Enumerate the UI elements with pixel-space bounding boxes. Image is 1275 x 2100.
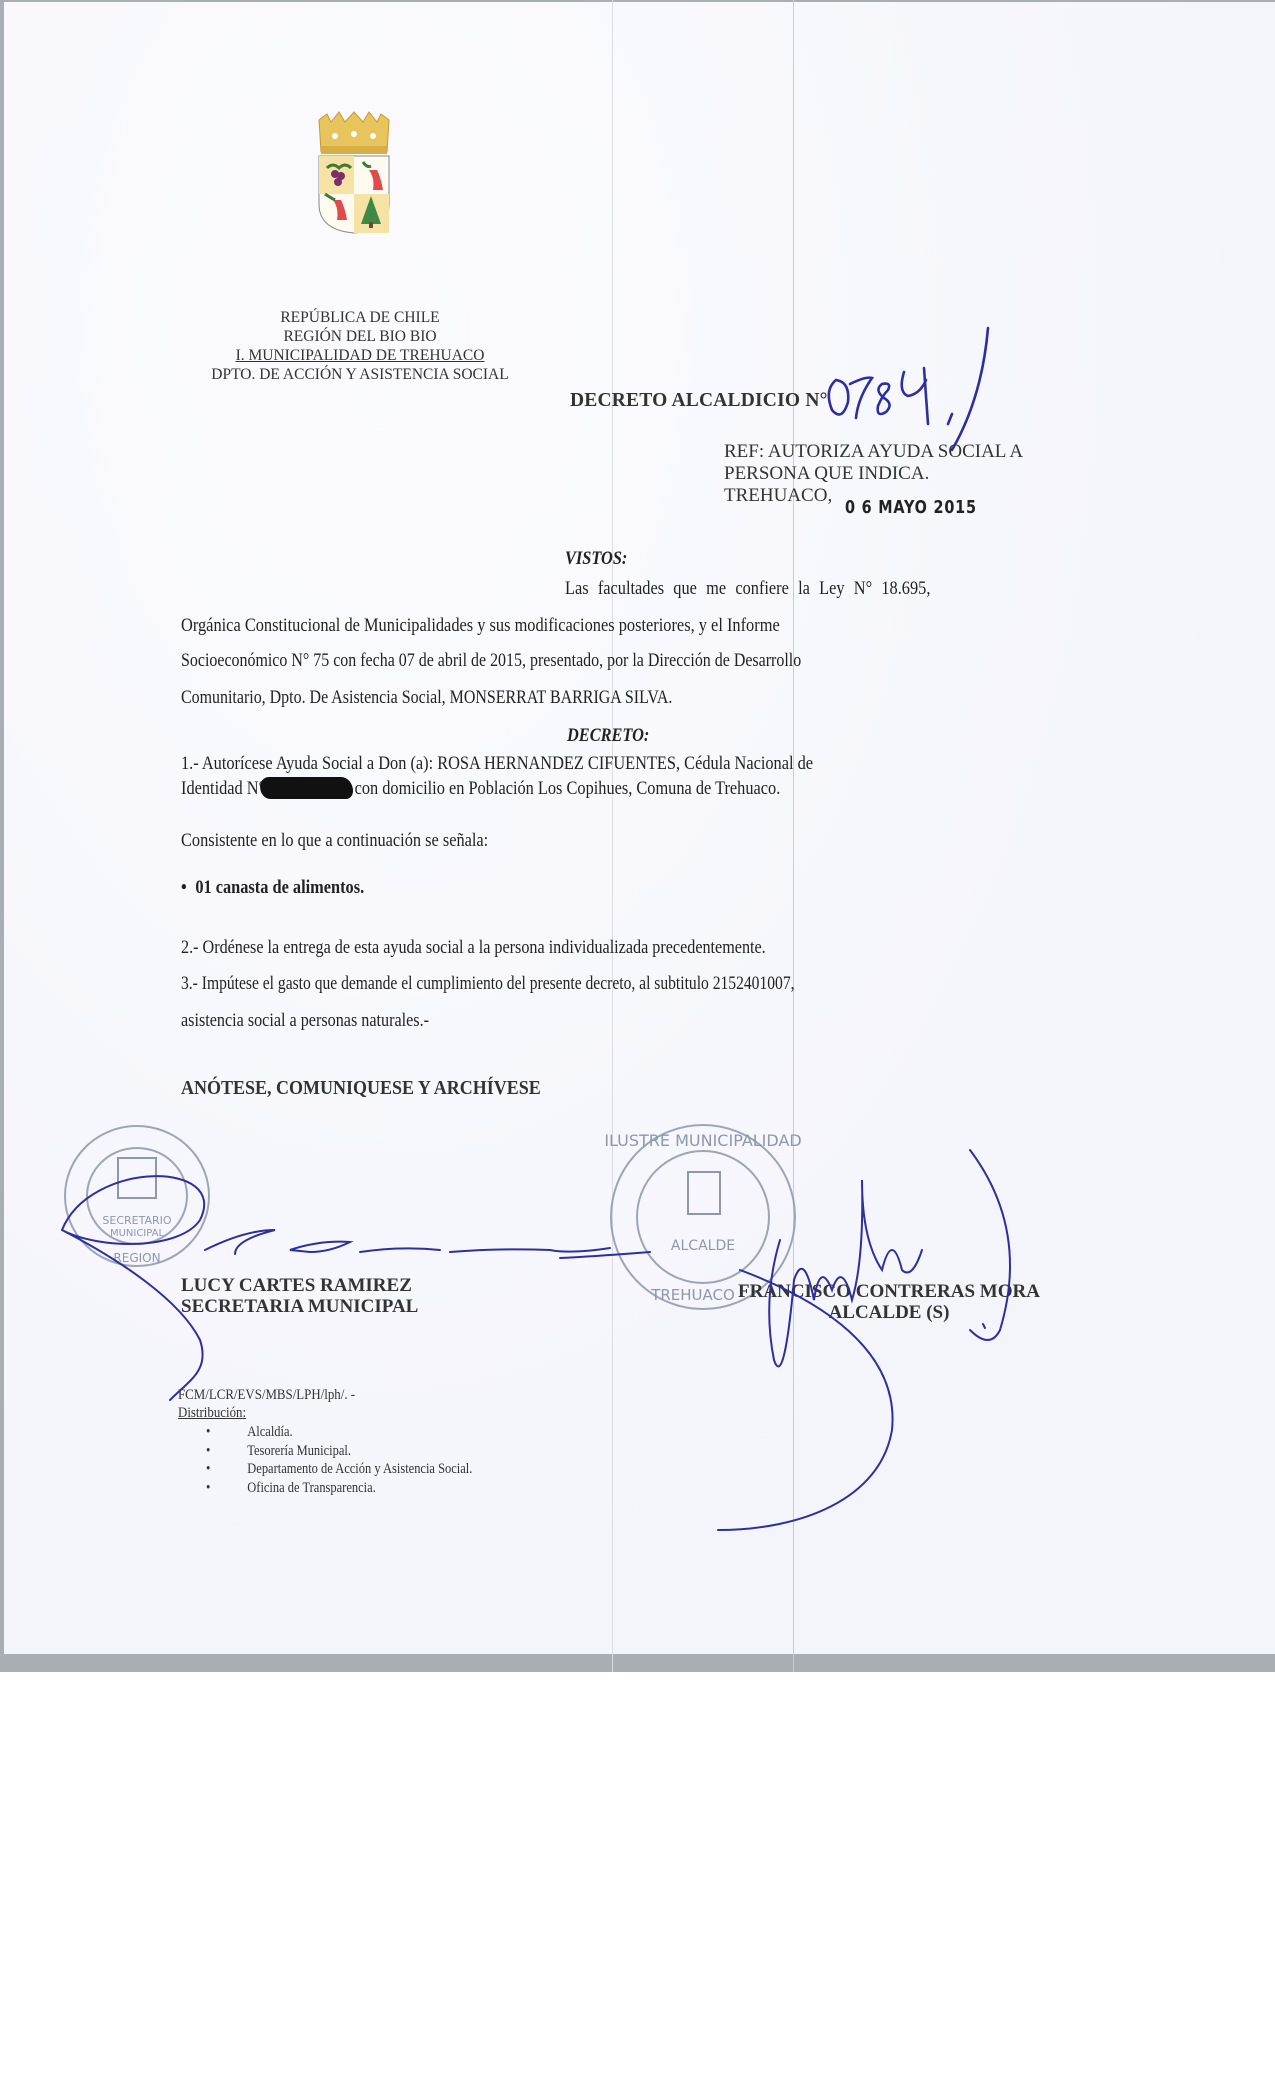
decreto-item-3-line-1: 3.- Impútese el gasto que demande el cum…: [181, 973, 795, 995]
vistos-line-2: Orgánica Constitucional de Municipalidad…: [181, 615, 780, 637]
mayor-name: FRANCISCO CONTRERAS MORA: [716, 1281, 1062, 1302]
id-label: Identidad N°: [181, 778, 265, 799]
date-stamp: 0 6 MAYO 2015: [845, 497, 977, 518]
handwritten-decree-number: [820, 328, 1020, 453]
municipal-coat-of-arms-icon: [313, 112, 395, 234]
decreto-item-1-line-2: Identidad N°con domicilio en Población L…: [181, 777, 780, 800]
ref-line-2: PERSONA QUE INDICA.: [724, 463, 1023, 485]
decreto-item-2: 2.- Ordénese la entrega de esta ayuda so…: [181, 937, 766, 959]
secretary-signature-block: LUCY CARTES RAMIREZ SECRETARIA MUNICIPAL: [181, 1275, 418, 1317]
svg-text:MUNICIPAL: MUNICIPAL: [110, 1228, 165, 1239]
closing-formula: ANÓTESE, COMUNIQUESE Y ARCHÍVESE: [181, 1077, 541, 1100]
distribution-item: Departamento de Acción y Asistencia Soci…: [206, 1460, 472, 1479]
bullet: •: [181, 877, 187, 898]
ref-line-1: REF: AUTORIZA AYUDA SOCIAL A: [724, 441, 1023, 463]
decreto-item-1-line-1: 1.- Autorícese Ayuda Social a Don (a): R…: [181, 753, 813, 775]
decree-title: DECRETO ALCALDICIO N°: [570, 390, 828, 412]
scan-artifact-line-pink: [793, 0, 794, 1672]
region-line: REGIÓN DEL BIO BIO: [170, 327, 550, 346]
svg-text:SECRETARIO: SECRETARIO: [102, 1214, 171, 1227]
vistos-line-3: Socioeconómico N° 75 con fecha 07 de abr…: [181, 650, 801, 672]
vistos-line-1: Las facultades que me confiere la Ley N°…: [565, 578, 930, 600]
vistos-heading: VISTOS:: [565, 548, 627, 570]
scan-artifact-line: [612, 0, 613, 1672]
svg-text:ILUSTRE MUNICIPALIDAD: ILUSTRE MUNICIPALIDAD: [604, 1131, 801, 1150]
secretary-title: SECRETARIA MUNICIPAL: [181, 1296, 418, 1317]
svg-text:REGION: REGION: [113, 1251, 160, 1265]
municipality-line: I. MUNICIPALIDAD DE TREHUACO: [170, 346, 550, 365]
distribution-item: Tesorería Municipal.: [206, 1442, 472, 1461]
mayor-signature-block: FRANCISCO CONTRERAS MORA ALCALDE (S): [716, 1281, 1062, 1323]
decreto-item-3-line-2: asistencia social a personas naturales.-: [181, 1010, 429, 1032]
initials-reference: FCM/LCR/EVS/MBS/LPH/lph/. -: [178, 1387, 355, 1404]
vistos-line-4: Comunitario, Dpto. De Asistencia Social,…: [181, 687, 672, 709]
decreto-heading: DECRETO:: [567, 725, 649, 747]
secretary-stamp-icon: SECRETARIO MUNICIPAL REGION: [62, 1122, 212, 1275]
mayor-title: ALCALDE (S): [716, 1302, 1062, 1323]
republic-line: REPÚBLICA DE CHILE: [170, 308, 550, 327]
department-line: DPTO. DE ACCIÓN Y ASISTENCIA SOCIAL: [170, 365, 550, 384]
distribution-list: Alcaldía. Tesorería Municipal. Departame…: [206, 1423, 472, 1497]
address-text: con domicilio en Población Los Copihues,…: [355, 778, 781, 799]
benefit-item: •01 canasta de alimentos.: [181, 877, 364, 899]
redacted-id-number: [260, 777, 353, 799]
consistente-line: Consistente en lo que a continuación se …: [181, 830, 488, 852]
svg-text:ALCALDE: ALCALDE: [671, 1238, 735, 1254]
distribution-item: Alcaldía.: [206, 1423, 472, 1442]
distribution-label: Distribución:: [178, 1405, 246, 1422]
distribution-item: Oficina de Transparencia.: [206, 1479, 472, 1498]
issuing-authority-header: REPÚBLICA DE CHILE REGIÓN DEL BIO BIO I.…: [170, 308, 550, 384]
secretary-name: LUCY CARTES RAMIREZ: [181, 1275, 418, 1296]
